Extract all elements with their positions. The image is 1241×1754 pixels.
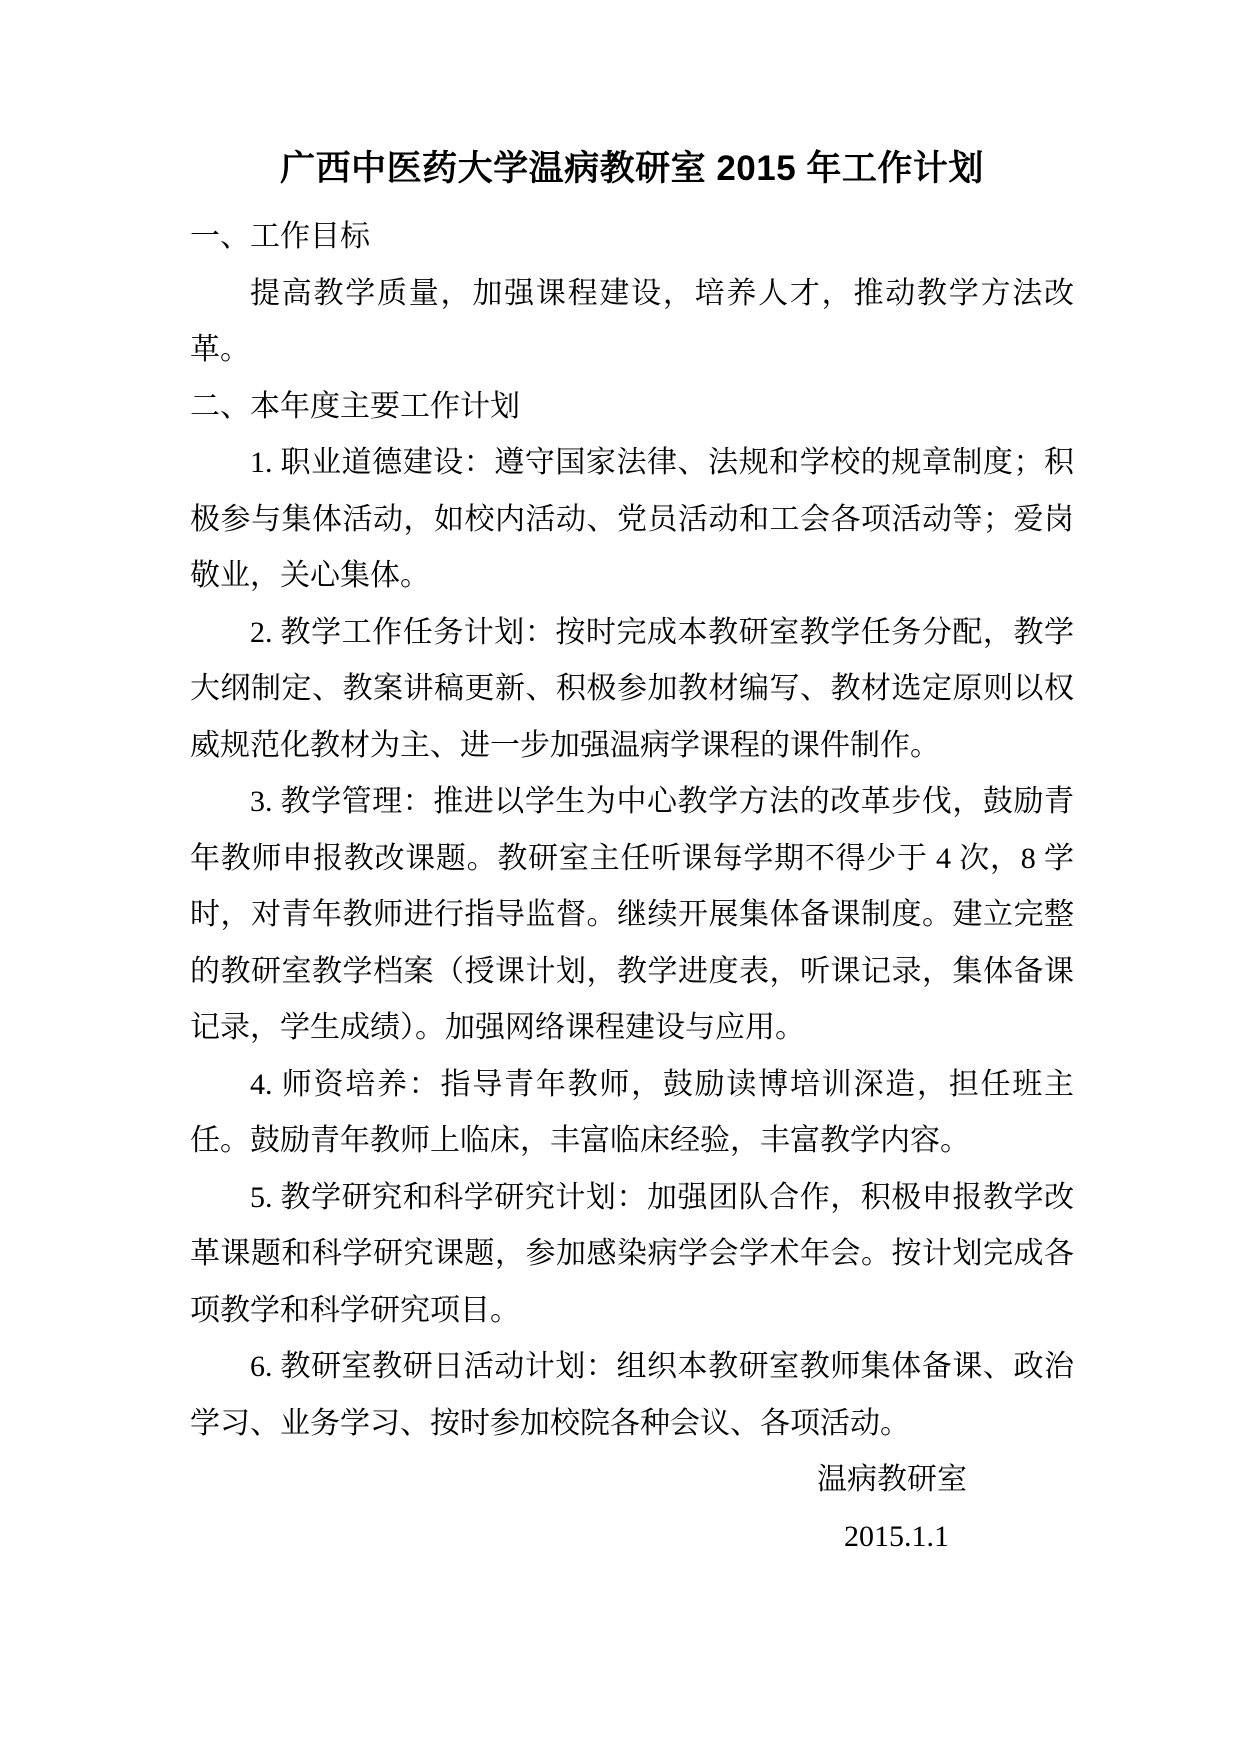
plan-item-5: 5. 教学研究和科学研究计划：加强团队合作，积极申报教学改革课题和科学研究课题，… (190, 1170, 1074, 1340)
signature-department: 温病教研室 (190, 1452, 1074, 1509)
document-title: 广西中医药大学温病教研室 2015 年工作计划 (190, 141, 1074, 197)
signature-date: 2015.1.1 (190, 1509, 1074, 1566)
plan-item-2: 2. 教学工作任务计划：按时完成本教研室教学任务分配，教学大纲制定、教案讲稿更新… (190, 605, 1074, 775)
plan-item-6: 6. 教研室教研日活动计划：组织本教研室教师集体备课、政治学习、业务学习、按时参… (190, 1339, 1074, 1452)
section-1-paragraph: 提高教学质量，加强课程建设，培养人才，推动教学方法改革。 (190, 266, 1074, 379)
plan-item-3: 3. 教学管理：推进以学生为中心教学方法的改革步伐，鼓励青年教师申报教改课题。教… (190, 774, 1074, 1057)
plan-item-1: 1. 职业道德建设：遵守国家法律、法规和学校的规章制度；积极参与集体活动，如校内… (190, 435, 1074, 605)
section-2-heading: 二、本年度主要工作计划 (190, 379, 1074, 436)
document-page: 广西中医药大学温病教研室 2015 年工作计划 一、工作目标 提高教学质量，加强… (0, 0, 1241, 1754)
plan-item-4: 4. 师资培养：指导青年教师，鼓励读博培训深造，担任班主任。鼓励青年教师上临床，… (190, 1057, 1074, 1170)
section-1-heading: 一、工作目标 (190, 209, 1074, 266)
